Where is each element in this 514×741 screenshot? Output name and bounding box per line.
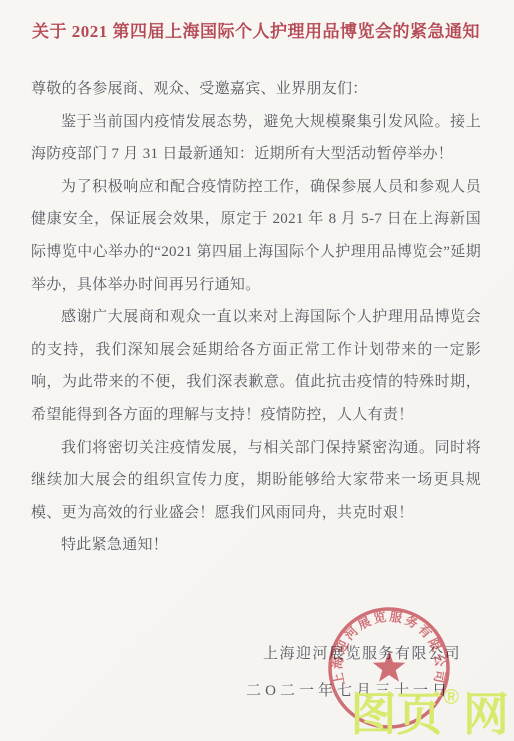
body-paragraph-4: 我们将密切关注疫情发展，与相关部门保持紧密沟通。同时将继续加大展会的组织宣传力度…: [31, 432, 481, 530]
closing-line: 特此紧急通知！: [31, 529, 481, 562]
greeting-line: 尊敬的各参展商、观众、受邀嘉宾、业界朋友们：: [31, 73, 481, 106]
notice-body: 关于 2021 第四届上海国际个人护理用品博览会的紧急通知 尊敬的各参展商、观众…: [31, 0, 481, 701]
watermark-logo: 图页®网: [351, 687, 509, 737]
body-paragraph-1: 鉴于当前国内疫情发展态势，避免大规模聚集引发风险。接上海防疫部门 7 月 31 …: [31, 106, 481, 171]
registered-trademark-icon: ®: [444, 687, 459, 708]
notice-document-page: 关于 2021 第四届上海国际个人护理用品博览会的紧急通知 尊敬的各参展商、观众…: [0, 0, 514, 741]
watermark-text-left: 图页: [351, 688, 443, 740]
body-paragraph-2: 为了积极响应和配合疫情防控工作，确保参展人员和参观人员健康安全，保证展会效果，原…: [31, 171, 481, 301]
watermark-text-right: 网: [463, 688, 509, 740]
body-paragraph-3: 感谢广大展商和观众一直以来对上海国际个人护理用品博览会的支持，我们深知展会延期给…: [31, 301, 481, 431]
notice-title: 关于 2021 第四届上海国际个人护理用品博览会的紧急通知: [31, 20, 481, 44]
signature-company: 上海迎河展览服务有限公司: [31, 644, 461, 664]
